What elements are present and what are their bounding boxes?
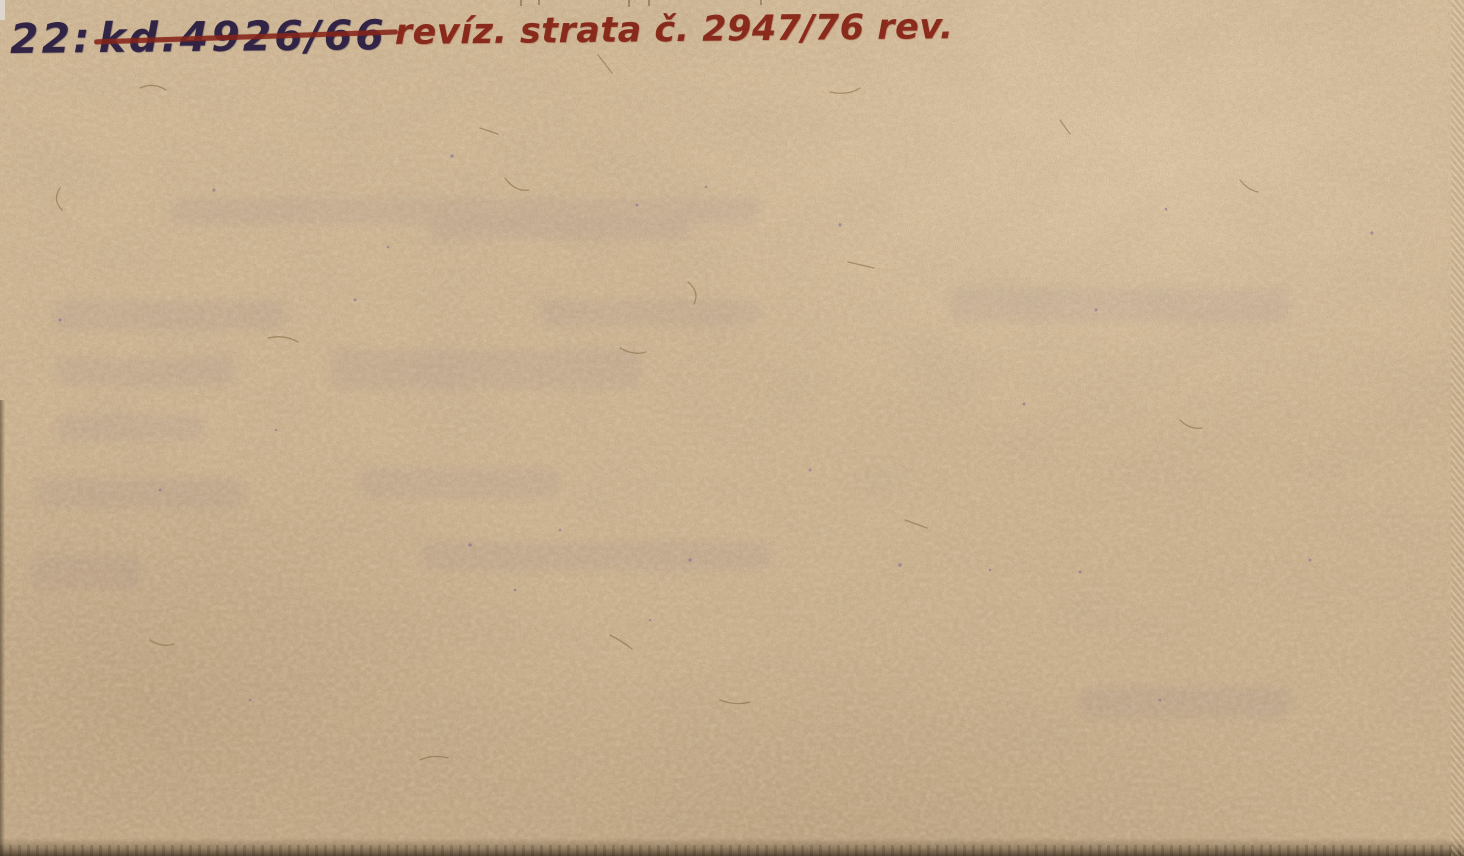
bleedthrough-smudge [430,222,690,240]
bleedthrough-smudge [360,468,560,498]
bleedthrough-smudge [55,358,235,386]
bleedthrough-smudge [35,478,245,508]
blue-ink-number: 22: [10,14,93,63]
ink-bleedthrough-layer [0,0,1464,856]
scanned-archive-card: 22:kd.4926/66revíz. strata č. 2947/76 re… [0,0,1464,856]
card-bottom-edge-streaks [0,845,1464,856]
bleedthrough-smudge [420,542,770,570]
bleedthrough-smudge [55,300,285,330]
bleedthrough-smudge [170,198,760,224]
bleedthrough-smudge [540,300,760,326]
handwritten-annotation: 22:kd.4926/66revíz. strata č. 2947/76 re… [10,5,954,63]
scan-corner-artifact [0,0,5,20]
card-left-edge-shadow [0,400,5,856]
card-right-edge-texture [1451,0,1464,856]
red-ink-note: revíz. strata č. 2947/76 rev. [395,7,954,53]
bleedthrough-smudge [950,288,1290,322]
blue-ink-struck-text: kd.4926/66 [98,11,387,62]
bleedthrough-smudge [330,350,640,390]
bleedthrough-smudge [1080,688,1290,718]
bleedthrough-smudge [30,555,140,589]
bleedthrough-smudge [55,415,205,441]
